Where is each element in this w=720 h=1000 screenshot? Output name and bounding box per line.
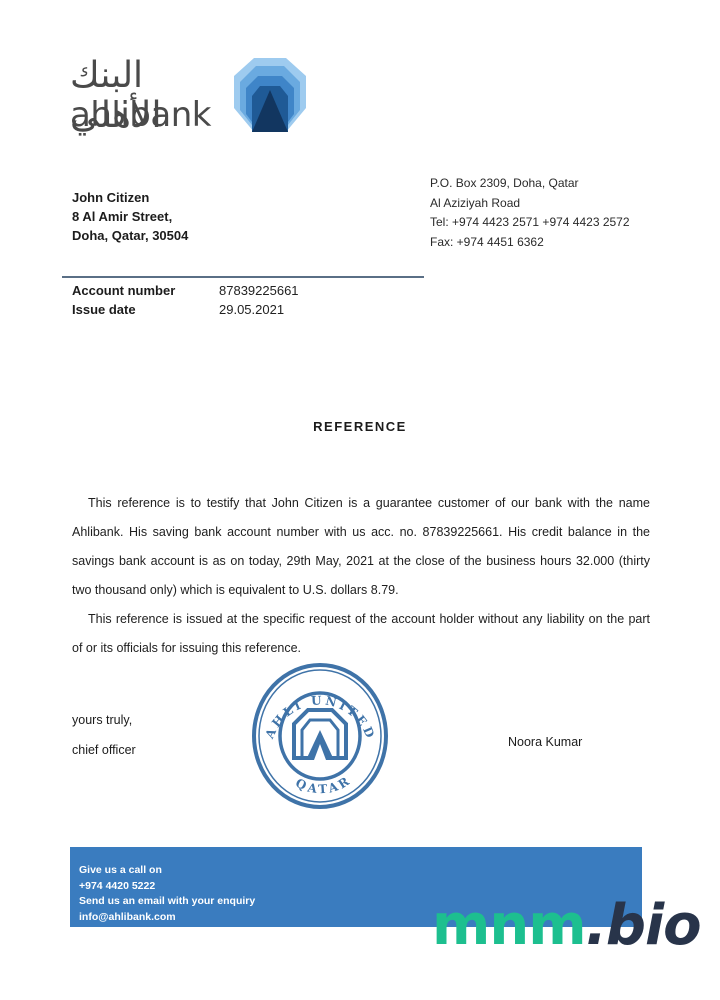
watermark-logo: mnm.bio [432, 896, 701, 956]
footer-email-label: Send us an email with your enquiry [79, 894, 255, 910]
issue-date-value: 29.05.2021 [219, 300, 284, 319]
bank-logo-wordmark: ahlibank [70, 96, 211, 134]
bank-stamp-icon: AHLI UNITED BANK QATAR [250, 662, 390, 810]
bank-po-box: P.O. Box 2309, Doha, Qatar [430, 174, 630, 194]
signatory-name: Noora Kumar [508, 735, 582, 749]
watermark-tld: .bio [586, 893, 701, 958]
document-title: REFERENCE [0, 419, 720, 434]
footer-text: Give us a call on +974 4420 5222 Send us… [79, 863, 255, 925]
header-divider [62, 276, 424, 278]
issue-date-label: Issue date [72, 300, 219, 319]
closing-salutation: yours truly, [72, 705, 136, 735]
account-number-label: Account number [72, 281, 219, 300]
body-paragraph-2: This reference is issued at the specific… [72, 605, 650, 663]
recipient-address: John Citizen 8 Al Amir Street, Doha, Qat… [72, 188, 188, 245]
footer-phone[interactable]: +974 4420 5222 [79, 879, 255, 895]
recipient-street: 8 Al Amir Street, [72, 207, 188, 226]
bank-telephone: Tel: +974 4423 2571 +974 4423 2572 [430, 213, 630, 233]
bank-fax: Fax: +974 4451 6362 [430, 233, 630, 253]
document-body: This reference is to testify that John C… [72, 489, 650, 663]
account-number-value: 87839225661 [219, 281, 299, 300]
recipient-name: John Citizen [72, 188, 188, 207]
signatory-role: chief officer [72, 735, 136, 765]
watermark-main: mnm [432, 893, 586, 958]
account-meta: Account number 87839225661 Issue date 29… [72, 281, 299, 319]
recipient-city: Doha, Qatar, 30504 [72, 226, 188, 245]
bank-address: P.O. Box 2309, Doha, Qatar Al Aziziyah R… [430, 174, 630, 252]
bank-logo-mark-icon [232, 56, 308, 134]
body-paragraph-1: This reference is to testify that John C… [72, 489, 650, 605]
account-number-row: Account number 87839225661 [72, 281, 299, 300]
bank-road: Al Aziziyah Road [430, 194, 630, 214]
footer-call-label: Give us a call on [79, 863, 255, 879]
footer-email[interactable]: info@ahlibank.com [79, 910, 255, 926]
closing-block: yours truly, chief officer [72, 705, 136, 765]
issue-date-row: Issue date 29.05.2021 [72, 300, 299, 319]
